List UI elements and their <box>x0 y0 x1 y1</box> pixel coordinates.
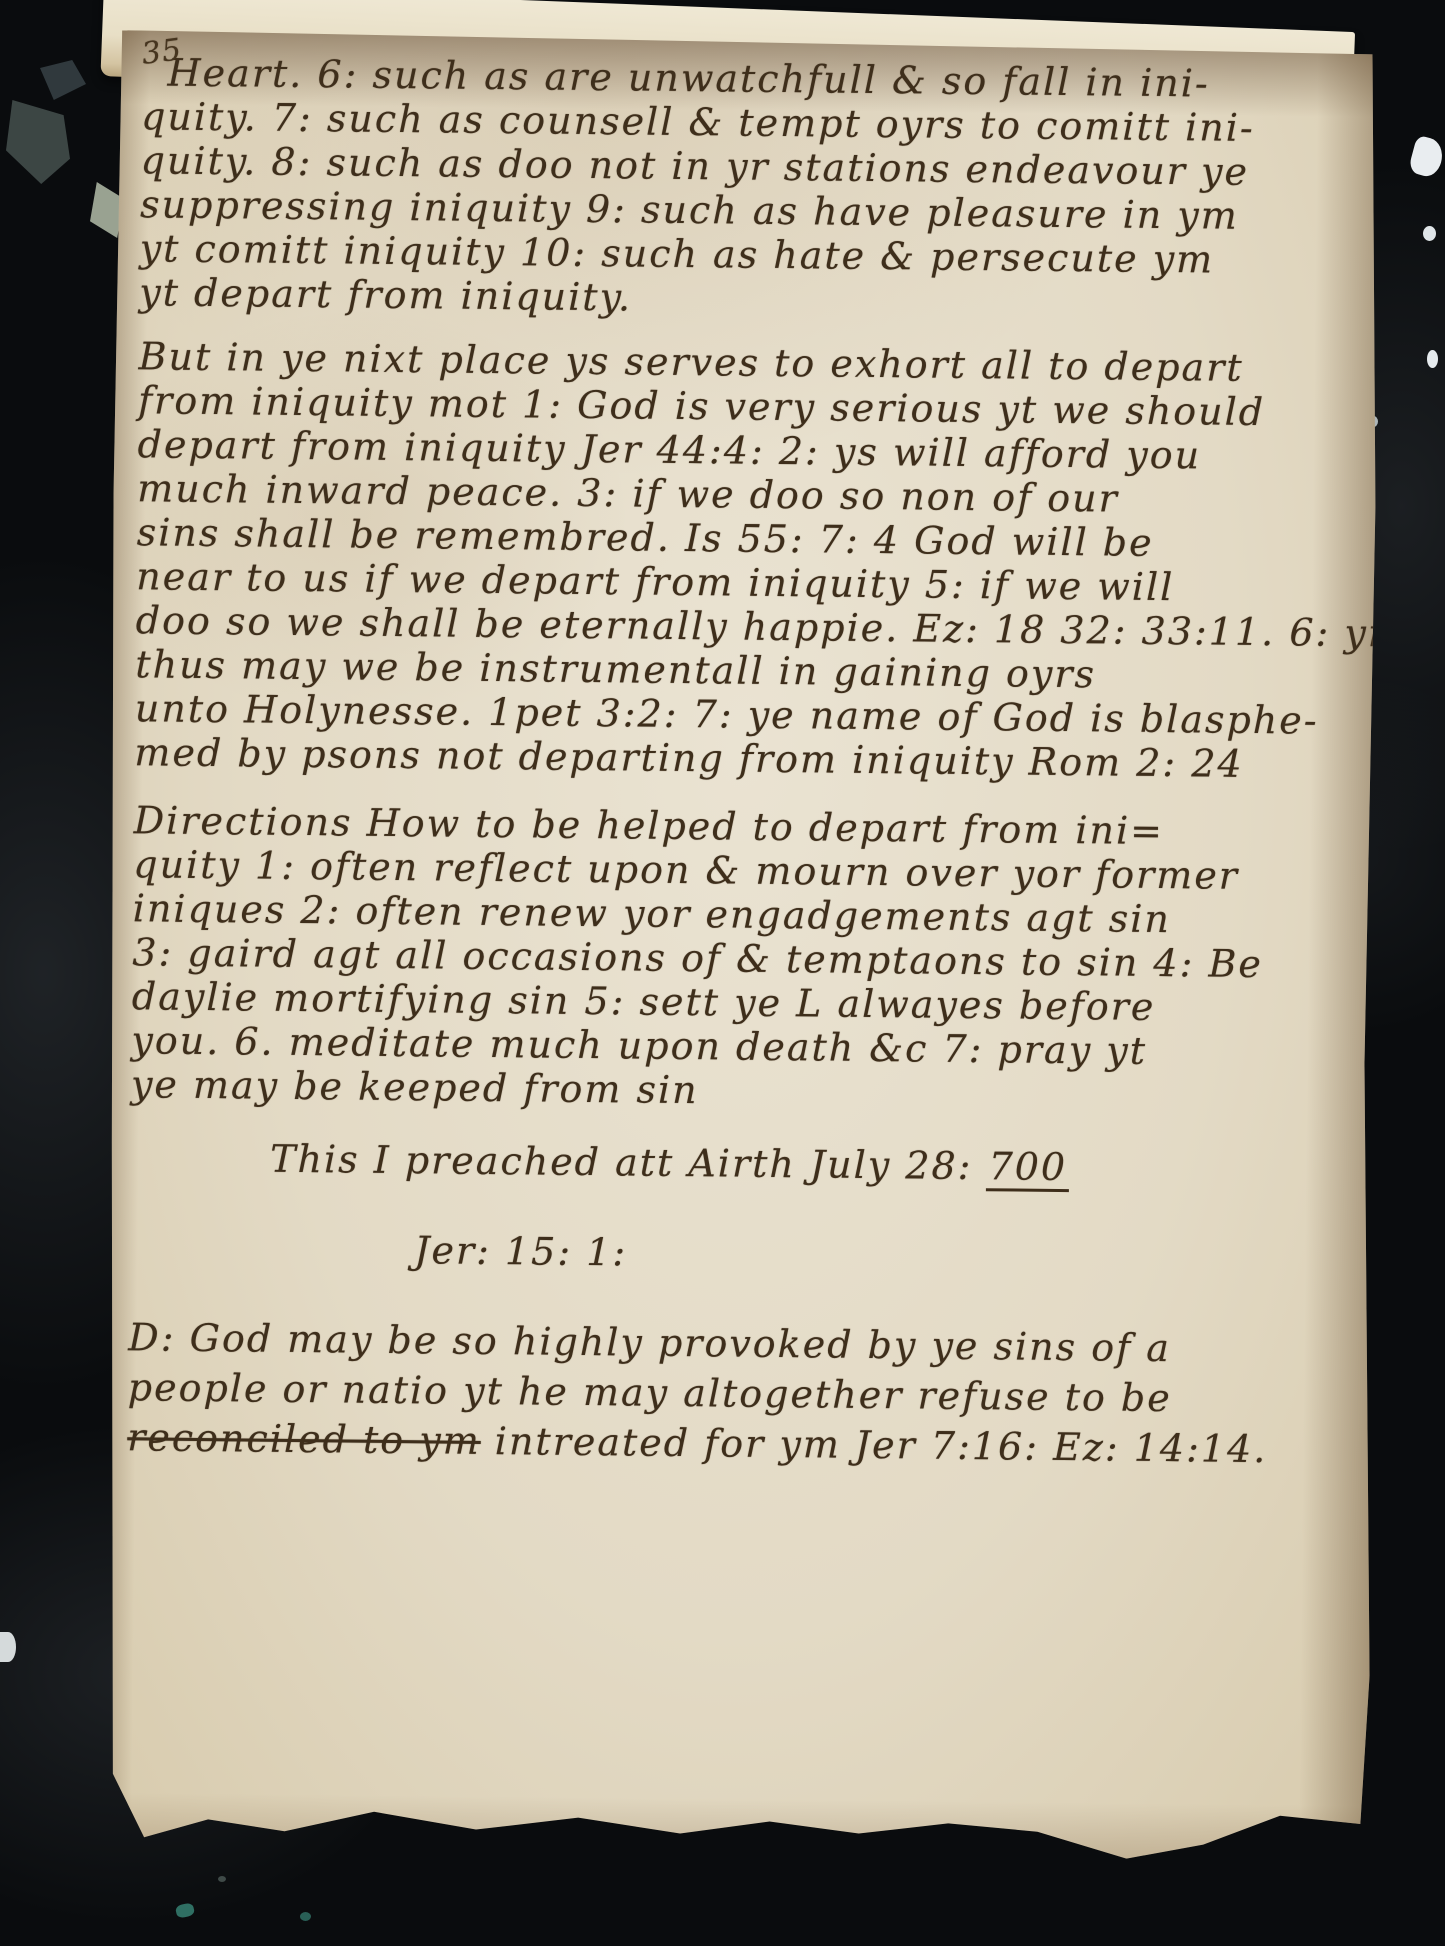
colophon-text: This I preached att Airth July 28: <box>270 1137 987 1189</box>
paragraph-doctrine: D: God may be so highly provoked by ye s… <box>127 1312 1339 1475</box>
paragraph-exhortation-motives: But in ye nixt place ys serves to exhort… <box>134 334 1349 787</box>
glass-chip-speck <box>6 100 70 184</box>
doctrine-line-rest: intreated for ym Jer 7:16: Ez: 14:14. <box>481 1419 1268 1471</box>
page-number: 35 <box>140 32 184 72</box>
manuscript-page: 35 Heart. 6: such as are unwatchfull & s… <box>93 30 1388 1898</box>
teal-paint-speck <box>218 1876 226 1882</box>
scripture-heading: Jer: 15: 1: <box>129 1222 1339 1285</box>
struck-text: reconciled to ym <box>127 1415 481 1463</box>
sermon-notes: 35 Heart. 6: such as are unwatchfull & s… <box>127 50 1352 1475</box>
paragraph-directions: Directions How to be helped to depart fr… <box>131 798 1344 1119</box>
white-paint-speck <box>1423 226 1436 241</box>
white-paint-speck <box>1408 135 1445 179</box>
teal-paint-speck <box>175 1902 195 1918</box>
white-paint-speck <box>0 1632 16 1662</box>
colophon-line: This I preached att Airth July 28: 700 <box>130 1132 1340 1195</box>
teal-paint-speck <box>300 1912 311 1921</box>
white-paint-speck <box>1427 350 1438 368</box>
table-background: 35 Heart. 6: such as are unwatchfull & s… <box>0 0 1445 1946</box>
paragraph-kinds-of-sinners: Heart. 6: such as are unwatchfull & so f… <box>139 50 1352 327</box>
glass-chip-speck <box>40 60 86 100</box>
underlined-year: 700 <box>986 1144 1069 1192</box>
